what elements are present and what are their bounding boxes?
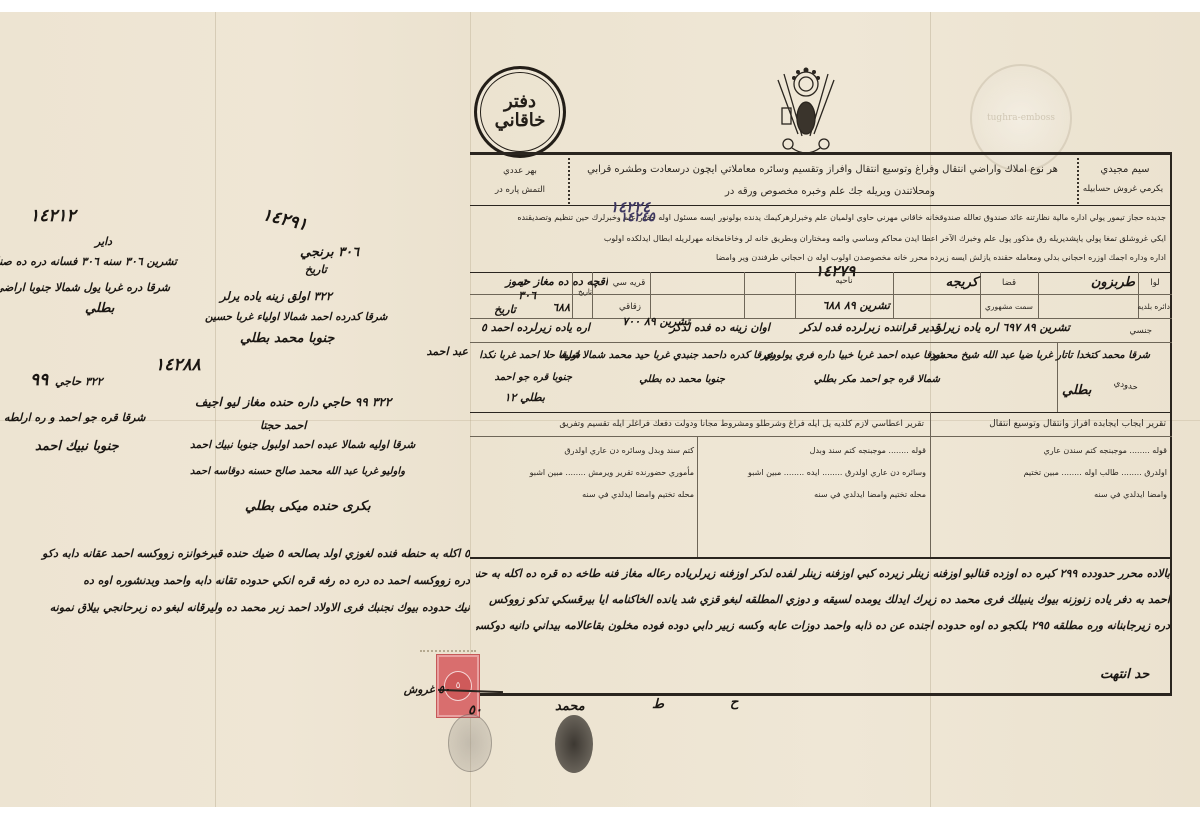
defter-hakani-seal: دفتر خاقاني (474, 66, 566, 158)
label-kaza: قضا (982, 278, 1036, 288)
preamble-line: ايكي غروشلق تمغا پولي ياپشديريله رق مذكو… (476, 234, 1166, 243)
col-rule (1038, 272, 1039, 318)
note-line: بكرى حنده ميكى بطلي (245, 500, 371, 514)
transfer-header-right: تقرير ايجاب ايجابده افراز وانتقال وتوسيع… (940, 419, 1166, 429)
col-rule (893, 272, 894, 318)
date-line: تموز (476, 276, 526, 288)
note-line: ٣٠٦ برنجي (300, 246, 359, 260)
property-bounds: بطلي (1062, 384, 1091, 398)
property-bounds: شرقا محمد كتخدا تاتار غربا ضيا عبد الله … (960, 350, 1150, 361)
transfer-line: محله تختيم وامضا ايدلدي في سنه (474, 490, 694, 499)
note-line: شرقا دره غربا يول شمالا جنوبا اراضي (30, 282, 170, 294)
signature-mark: محمد (555, 700, 585, 714)
label-semt: سمت مشهوري (982, 302, 1036, 311)
stamp-cancellation-note: ٥٠ غروش (390, 684, 450, 696)
statement-line: بالاده محرر حدودده ٢٩٩ كبره ده اوزده قنا… (476, 568, 1170, 580)
label-karye: قريه سي (610, 278, 648, 288)
signature-mark: ٥٠ (468, 704, 482, 718)
value-karye: اقچه ده ده مغاز حيدريه (520, 276, 608, 288)
row-rule (470, 412, 1172, 413)
registration-number: ١٤٢٤٥ (620, 210, 655, 225)
transfer-line: كتم سند وبدل وسائره دن عاري اولدرق (474, 446, 694, 455)
label-liva: لوا (1142, 278, 1168, 288)
col-rule (1138, 272, 1139, 318)
row-rule (470, 205, 1172, 206)
signature-mark: ط (652, 698, 664, 712)
transfer-header-left: تقرير اعطاسي لازم كلديه يل ايله فراغ وشر… (476, 419, 924, 429)
transfer-line: قوله ........ موجبنجه كتم سند وبدل (702, 446, 926, 455)
property-bounds: شرقا عبده احمد غربا خبيا داره فري يولوري (780, 350, 945, 361)
note-number: ١٤٢١٢ (30, 206, 76, 226)
serial-line-2: التمش پاره در (478, 185, 562, 195)
official-seal (555, 715, 593, 773)
property-bounds: بطلي ١٢ (505, 392, 545, 404)
col-rule (980, 272, 981, 318)
margin-note: عبد احمد (428, 346, 468, 358)
form-title-line-1: هر نوع املاك واراضي انتقال وفراغ وتوسيع … (575, 164, 1070, 175)
note-line: واوليو غربا عبد الله محمد صالح حسنه دوقا… (190, 466, 405, 477)
transfer-line: وسائره دن عاري اولدرق ........ ايده ....… (702, 468, 926, 477)
ottoman-coat-of-arms-icon (768, 64, 844, 160)
statement-line: احمد به دفر ياده زنوزنه بيوك ينبيلك فرى … (476, 594, 1170, 606)
row-rule (470, 318, 1172, 319)
property-type: اره ياده زيرلرده احمد ٥ (440, 322, 590, 334)
fold-line (215, 12, 216, 807)
note-line: شرقا اوليه شمالا عبده احمد اولبول جنوبا … (190, 440, 415, 452)
property-bounds: جنوبا قره جو احمد (482, 372, 572, 383)
date-line: تاريخ (476, 304, 516, 316)
value-semt: تشرين ٨٩ ٦٨٨ (770, 300, 890, 312)
transfer-line: قوله ........ موجبنجه كتم سندن عاري (935, 446, 1167, 455)
price-line-2: يكرمي غروش حسابيله (1082, 184, 1164, 194)
side-cell: تاريخ (574, 288, 592, 296)
note-line: شرقا قره جو احمد و ره ارلطه (4, 412, 145, 424)
property-type: قدير قراننده زبرلرده فده لدكر (790, 322, 940, 334)
transfer-line: وامضا ايدلدي في سنه (935, 490, 1167, 499)
note-line: احمد حجتا (260, 420, 306, 432)
col-rule (650, 272, 651, 318)
row-rule (470, 342, 1172, 343)
row-rule (470, 557, 1172, 559)
value-liva: طربزون (1045, 276, 1135, 290)
note-number: ٩٩ (30, 370, 48, 390)
date-line: ٣٠٦ (476, 290, 536, 302)
price-line-1: سيم مجيدي (1090, 164, 1160, 175)
note-line: جنوبا محمد بطلي (240, 332, 334, 346)
seal-text: دفتر خاقاني (477, 93, 563, 131)
signature-mark: ح (730, 696, 738, 710)
note-number: ١٤٢٨٨ (155, 355, 201, 375)
date-line: ٦٨٨ (520, 302, 570, 314)
col-rule (744, 272, 745, 318)
statement-line: دره زيرجابنانه وره مطلقه ٢٩٥ بلكجو ده او… (476, 620, 1170, 632)
note-line: داير (95, 236, 112, 248)
note-line: ٣٢٢ حاجي (55, 376, 103, 388)
label-daire-belediye: دائره بلديه (1140, 302, 1170, 311)
value-kaza: كريجه (898, 276, 978, 290)
form-title-line-2: ومحلاتندن ويريله جك علم وخبره مخصوص ورقه… (640, 186, 1020, 197)
property-bounds: شرقا كدره داحمد جنبدي غربا حيد محمد شمال… (600, 350, 775, 361)
note-line: ٣٢٢ اولق زينه ياده يرلر (220, 290, 332, 303)
transfer-line: مأموري حضورنده تقرير ويرمش ........ مبين… (474, 468, 694, 477)
note-line: شرقا كدرده احمد شمالا اولياء غربا حسين (205, 312, 387, 324)
preamble-line: اداره وداره اجمك اوزره احجاني بدلي ومعام… (476, 253, 1166, 262)
note-line: تاريخ (305, 264, 327, 276)
property-bounds: شمالا قره جو احمد مكر بطلي (800, 374, 940, 385)
preamble-line: جديده حجاز تيمور يولي اداره مالية نظارتن… (476, 213, 1166, 222)
note-line: بطلي (85, 302, 114, 316)
row-rule (470, 272, 1172, 273)
transfer-line: محله تختيم وامضا ايدلدي في سنه (702, 490, 926, 499)
divider (1077, 158, 1079, 204)
property-bounds: جنوبا محمد ده بطلي (625, 374, 725, 385)
continuation-line: ٥ اكله به حنطه فنده لغوزي اولد بصالحه ٥ … (0, 548, 470, 560)
note-line: تشرين ٣٠٦ سنه ٣٠٦ فسانه دره ده صنلغي (12, 256, 177, 268)
cancellation-seal (448, 714, 492, 772)
row-rule (470, 436, 1172, 437)
col-rule (930, 412, 931, 557)
property-type: تشرين ٨٩ ٦٩٧ اره ياده زيرلر (960, 322, 1070, 334)
continuation-line: نيك حدوده بيوك نجنبك فرى الاولاد احمد زب… (0, 602, 470, 614)
label-zukak: زقاقي (612, 302, 648, 312)
stamp-perforation (420, 650, 476, 653)
continuation-line: دره زووكسه احمد ده دره ده رفه قره انكي ح… (0, 575, 470, 587)
col-rule (697, 436, 698, 557)
transfer-line: اولدرق ........ طالب اوله ........ مبين … (935, 468, 1167, 477)
serial-line-1: بهر عددي (478, 166, 562, 176)
note-line: جنوبا نبيك احمد (35, 440, 119, 454)
row-label-type: جنسي (1122, 326, 1152, 336)
note-line: ٣٢٢ ٩٩ حاجي داره حنده مغاز ليو اجيف (195, 396, 391, 409)
divider (568, 158, 570, 204)
emboss-label: tughra-emboss (987, 113, 1055, 123)
top-rule (470, 152, 1172, 155)
label-nahiye: ناحيه (797, 276, 891, 286)
property-type: اوان زينه ده فده لدكر (630, 322, 770, 334)
property-bounds: شرقا حلا احمد غربا نكدا (480, 350, 580, 361)
statement-closing: حد انتهت (1100, 668, 1149, 682)
